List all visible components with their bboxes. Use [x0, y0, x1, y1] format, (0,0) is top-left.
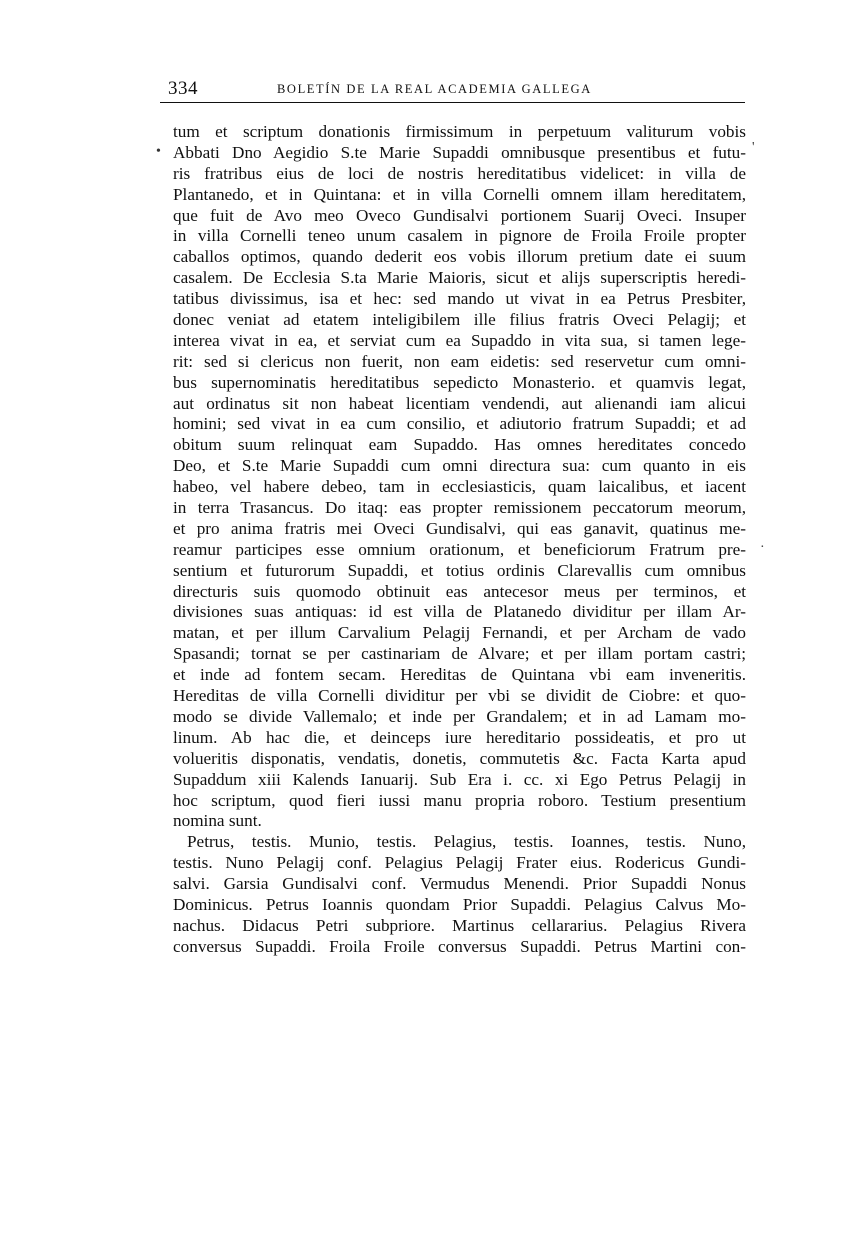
margin-bullet-mark: • [156, 144, 161, 160]
text-line: tum et scriptum donationis firmissimum i… [173, 122, 746, 143]
text-line: habeo, vel habere debeo, tam in ecclesia… [173, 477, 746, 498]
text-line: caballos optimos, quando dederit eos vob… [173, 247, 746, 268]
text-line: hoc scriptum, quod fieri iussi manu prop… [173, 791, 746, 812]
text-line: conversus Supaddi. Froila Froile convers… [173, 937, 746, 958]
text-line: Deo, et S.te Marie Supaddi cum omni dire… [173, 456, 746, 477]
journal-title: BOLETÍN DE LA REAL ACADEMIA GALLEGA [277, 82, 592, 97]
text-line: et pro anima fratris mei Oveci Gundisalv… [173, 519, 746, 540]
text-line: aut ordinatus sit non habeat licentiam v… [173, 394, 746, 415]
document-page: 334 BOLETÍN DE LA REAL ACADEMIA GALLEGA … [0, 0, 850, 1251]
text-line: volueritis disponatis, vendatis, donetis… [173, 749, 746, 770]
text-line: donec veniat ad etatem inteligibilem ill… [173, 310, 746, 331]
text-line: Plantanedo, et in Quintana: et in villa … [173, 185, 746, 206]
text-line: testis. Nuno Pelagij conf. Pelagius Pela… [173, 853, 746, 874]
running-header: 334 BOLETÍN DE LA REAL ACADEMIA GALLEGA [160, 76, 745, 103]
text-line: Hereditas de villa Cornelli dividitur pe… [173, 686, 746, 707]
page-number: 334 [168, 78, 198, 100]
text-line: in terra Trasancus. Do itaq: eas propter… [173, 498, 746, 519]
text-line: linum. Ab hac die, et deinceps iure here… [173, 728, 746, 749]
text-line: interea vivat in ea, et serviat cum ea S… [173, 331, 746, 352]
text-line: salvi. Garsia Gundisalvi conf. Vermudus … [173, 874, 746, 895]
margin-dot-mark: · [760, 540, 765, 556]
text-line: rit: sed si clericus non fuerit, non eam… [173, 352, 746, 373]
text-line: Petrus, testis. Munio, testis. Pelagius,… [173, 832, 746, 853]
text-line: divisiones suas antiquas: id est villa d… [173, 602, 746, 623]
text-line: bus supernominatis hereditatibus sepedic… [173, 373, 746, 394]
text-line: in villa Cornelli teneo unum casalem in … [173, 226, 746, 247]
body-text: tum et scriptum donationis firmissimum i… [173, 122, 746, 958]
text-line: obitum suum relinquat eam Supaddo. Has o… [173, 435, 746, 456]
text-line: nachus. Didacus Petri subpriore. Martinu… [173, 916, 746, 937]
text-line: Dominicus. Petrus Ioannis quondam Prior … [173, 895, 746, 916]
margin-tick-mark: ' [752, 140, 755, 156]
text-line: homini; sed vivat in ea cum consilio, et… [173, 414, 746, 435]
text-line: Supaddum xiii Kalends Ianuarij. Sub Era … [173, 770, 746, 791]
text-line: modo se divide Vallemalo; et inde per Gr… [173, 707, 746, 728]
text-line: Abbati Dno Aegidio S.te Marie Supaddi om… [173, 143, 746, 164]
text-line: que fuit de Avo meo Oveco Gundisalvi por… [173, 206, 746, 227]
text-line: casalem. De Ecclesia S.ta Marie Maioris,… [173, 268, 746, 289]
text-line: Spasandi; tornat se per castinariam de A… [173, 644, 746, 665]
text-line: et inde ad fontem secam. Hereditas de Qu… [173, 665, 746, 686]
text-line: sentium et futurorum Supaddi, et totius … [173, 561, 746, 582]
text-line: ris fratribus eius de loci de nostris he… [173, 164, 746, 185]
text-line: matan, et per illum Carvalium Pelagij Fe… [173, 623, 746, 644]
text-line: reamur participes esse omnium orationum,… [173, 540, 746, 561]
text-line: tatibus divissimus, isa et hec: sed mand… [173, 289, 746, 310]
text-line: directuris suis quomodo obtinuit eas ant… [173, 582, 746, 603]
text-line: nomina sunt. [173, 811, 746, 832]
